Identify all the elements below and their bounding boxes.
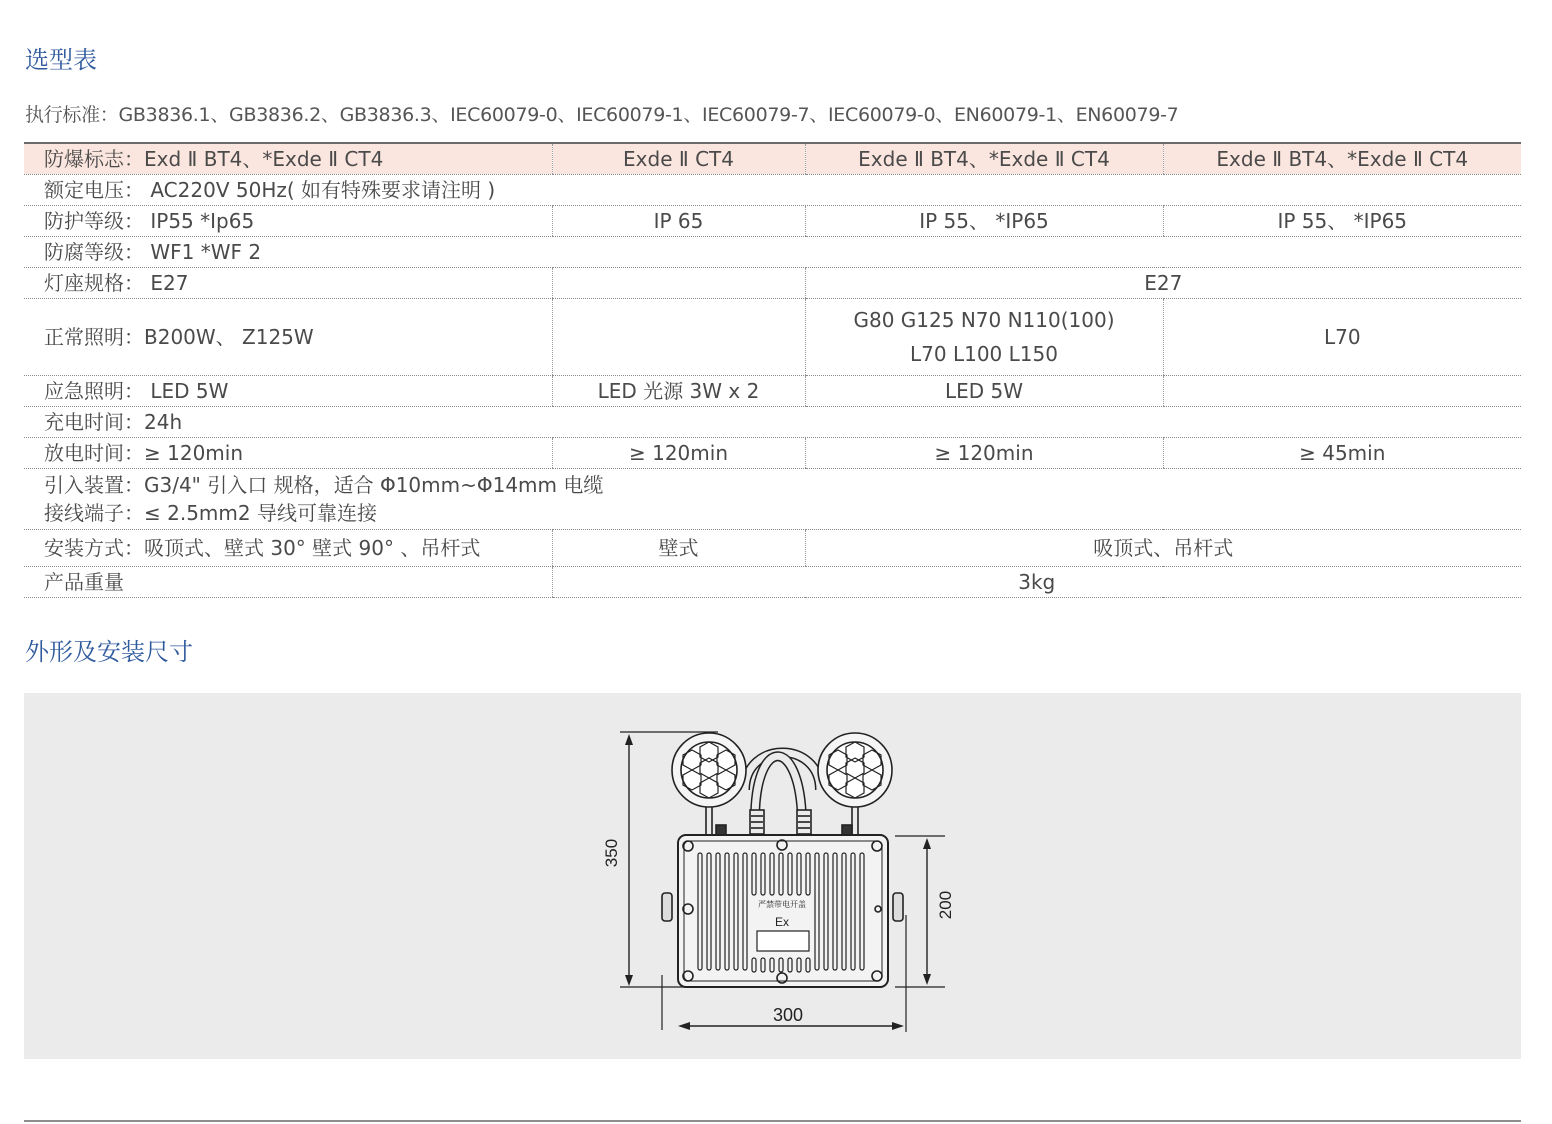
- cell-value: [1163, 376, 1521, 407]
- terminal-text: 接线端子：≤ 2.5mm2 导线可靠连接: [44, 499, 1521, 527]
- table-row-explosion-mark: 防爆标志：Exd Ⅱ BT4、*Exde Ⅱ CT4 Exde Ⅱ CT4 Ex…: [24, 143, 1521, 175]
- cell-value: ≥ 120min: [805, 438, 1163, 469]
- cell-label: 防爆标志：Exd Ⅱ BT4、*Exde Ⅱ CT4: [24, 143, 552, 175]
- table-row-charge-time: 充电时间：24h: [24, 407, 1521, 438]
- cell-value: IP 65: [552, 206, 805, 237]
- cell-label: 安装方式：吸顶式、壁式 30° 壁式 90° 、吊杆式: [24, 530, 552, 567]
- table-row-anticorrosion-level: 防腐等级： WF1 *WF 2: [24, 237, 1521, 268]
- footer-divider: [24, 1120, 1521, 1122]
- cell-label: 防护等级： IP55 *Ip65: [24, 206, 552, 237]
- table-row-installation: 安装方式：吸顶式、壁式 30° 壁式 90° 、吊杆式 壁式 吸顶式、吊杆式: [24, 530, 1521, 567]
- selection-table: 防爆标志：Exd Ⅱ BT4、*Exde Ⅱ CT4 Exde Ⅱ CT4 Ex…: [24, 142, 1521, 598]
- dimension-350-label: 350: [602, 839, 621, 867]
- selection-table-title: 选型表: [25, 40, 97, 75]
- dimension-200-label: 200: [936, 891, 955, 919]
- cell-label: 放电时间：≥ 120min: [24, 438, 552, 469]
- cell-label: 额定电压： AC220V 50Hz( 如有特殊要求请注明 ): [24, 175, 1521, 206]
- cell-value: [552, 268, 805, 299]
- cell-label: 灯座规格： E27: [24, 268, 552, 299]
- cell-value: 壁式: [552, 530, 805, 567]
- cell-value: IP 55、 *IP65: [805, 206, 1163, 237]
- cell-value: LED 光源 3W x 2: [552, 376, 805, 407]
- cell-value: 吸顶式、吊杆式: [805, 530, 1521, 567]
- cell-value: Exde Ⅱ BT4、*Exde Ⅱ CT4: [1163, 143, 1521, 175]
- cell-label: 正常照明：B200W、 Z125W: [24, 299, 552, 376]
- table-row-lamp-socket: 灯座规格： E27 E27: [24, 268, 1521, 299]
- cell-value: LED 5W: [805, 376, 1163, 407]
- emergency-light-drawing: 350 200 300 严禁带电开盖 Ex: [24, 693, 1521, 1059]
- table-row-entry-device: 引入装置：G3/4" 引入口 规格，适合 Φ10mm~Φ14mm 电缆 接线端子…: [24, 469, 1521, 530]
- dimensions-title: 外形及安装尺寸: [25, 632, 193, 667]
- cell-value: L70: [1163, 299, 1521, 376]
- warning-plate-text: 严禁带电开盖: [758, 899, 806, 909]
- cell-line: L70 L100 L150: [806, 337, 1163, 371]
- cell-label: 应急照明： LED 5W: [24, 376, 552, 407]
- table-row-discharge-time: 放电时间：≥ 120min ≥ 120min ≥ 120min ≥ 45min: [24, 438, 1521, 469]
- cell-value: IP 55、 *IP65: [1163, 206, 1521, 237]
- cell-value: [552, 299, 805, 376]
- cell-line: G80 G125 N70 N110(100): [806, 303, 1163, 337]
- standards-text: 执行标准：GB3836.1、GB3836.2、GB3836.3、IEC60079…: [25, 100, 1178, 127]
- cell-value: Exde Ⅱ BT4、*Exde Ⅱ CT4: [805, 143, 1163, 175]
- table-row-weight: 产品重量 3kg: [24, 567, 1521, 598]
- ex-mark: Ex: [775, 915, 789, 929]
- cell-value: 3kg: [552, 567, 1521, 598]
- entry-device-text: 引入装置：G3/4" 引入口 规格，适合 Φ10mm~Φ14mm 电缆: [44, 471, 1521, 499]
- dimension-drawing-panel: 350 200 300 严禁带电开盖 Ex: [24, 693, 1521, 1059]
- cell-value: ≥ 45min: [1163, 438, 1521, 469]
- cell-label: 引入装置：G3/4" 引入口 规格，适合 Φ10mm~Φ14mm 电缆 接线端子…: [24, 469, 1521, 530]
- cell-label: 防腐等级： WF1 *WF 2: [24, 237, 1521, 268]
- table-row-protection-level: 防护等级： IP55 *Ip65 IP 65 IP 55、 *IP65 IP 5…: [24, 206, 1521, 237]
- cell-label: 充电时间：24h: [24, 407, 1521, 438]
- cell-value: E27: [805, 268, 1521, 299]
- table-row-rated-voltage: 额定电压： AC220V 50Hz( 如有特殊要求请注明 ): [24, 175, 1521, 206]
- cell-label: 产品重量: [24, 567, 552, 598]
- cell-value: G80 G125 N70 N110(100) L70 L100 L150: [805, 299, 1163, 376]
- dimension-300-label: 300: [773, 1005, 803, 1025]
- table-row-normal-lighting: 正常照明：B200W、 Z125W G80 G125 N70 N110(100)…: [24, 299, 1521, 376]
- table-row-emergency-lighting: 应急照明： LED 5W LED 光源 3W x 2 LED 5W: [24, 376, 1521, 407]
- cell-value: Exde Ⅱ CT4: [552, 143, 805, 175]
- cell-value: ≥ 120min: [552, 438, 805, 469]
